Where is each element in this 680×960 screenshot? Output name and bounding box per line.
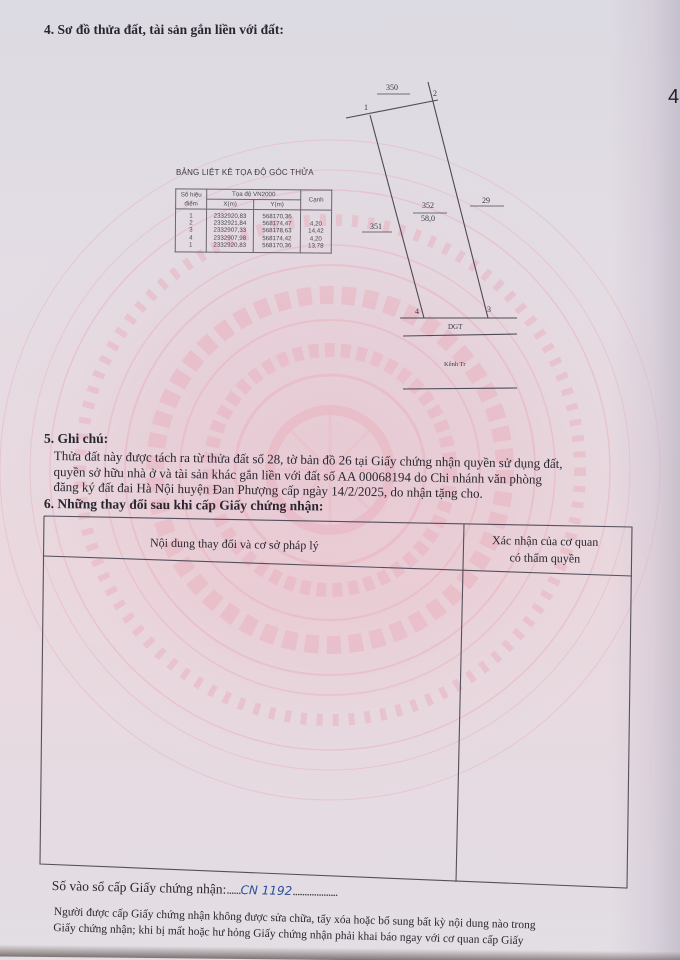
canal-label: Kênh Tr (444, 361, 466, 368)
certificate-page: 4 4. Sơ đồ thửa đất, tài sản gắn liền vớ… (0, 0, 680, 960)
road-label: DGT (448, 323, 462, 331)
header-line: có thẩm quyền (470, 549, 620, 569)
neighbor-parcel-right: 29 (482, 196, 490, 205)
vertex-3-label: 3 (487, 305, 491, 314)
leader-dots: ...... (226, 882, 241, 897)
vertex-2-label: 2 (433, 89, 437, 98)
section-5-heading: 5. Ghi chú: (44, 431, 108, 447)
neighbor-parcel-top: 350 (386, 83, 398, 92)
registry-number-line: Số vào sổ cấp Giấy chứng nhận:......CN 1… (52, 878, 338, 900)
registry-number-handwritten: CN 1192 (240, 883, 292, 898)
section-6-heading: 6. Những thay đổi sau khi cấp Giấy chứng… (44, 496, 324, 514)
parcel-diagram (0, 0, 680, 420)
changes-col-confirmation-header: Xác nhận của cơ quan có thẩm quyền (470, 532, 621, 569)
header-line: Xác nhận của cơ quan (470, 532, 620, 552)
parcel-area: 58,0 (421, 214, 435, 223)
changes-col-content-header: Nội dung thay đổi và cơ sở pháp lý (150, 536, 319, 554)
trailing-dots: ................... (292, 883, 337, 899)
registry-label: Số vào sổ cấp Giấy chứng nhận: (52, 878, 227, 897)
neighbor-parcel-left: 351 (370, 222, 382, 231)
vertex-4-label: 4 (415, 307, 419, 316)
parcel-number: 352 (422, 201, 434, 210)
note-text: Thửa đất này được tách ra từ thửa đất số… (53, 448, 674, 504)
vertex-1-label: 1 (364, 103, 368, 112)
